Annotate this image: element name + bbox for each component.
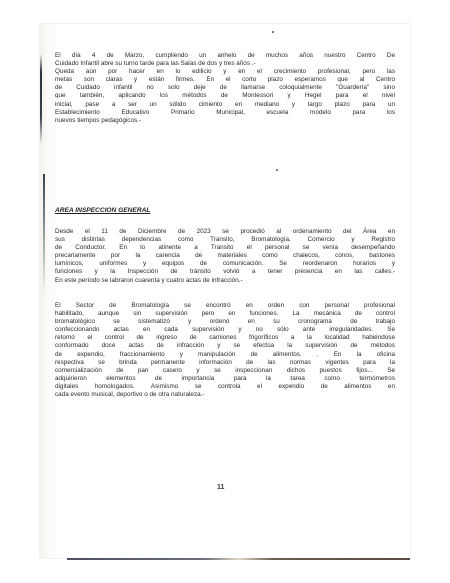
- text-line: confeccionando actas en cada supervisión…: [55, 326, 395, 334]
- text-line: de expendio, fraccionamiento y manipulac…: [55, 351, 395, 359]
- text-line: de Cuidado infantil no solo deje de llam…: [55, 84, 395, 92]
- page-bottom-edge: [67, 558, 410, 560]
- text-line: conformado doce actas de infracción y se…: [55, 342, 395, 350]
- page-number: 11: [217, 484, 224, 492]
- text-line: Cuidado Infantil abre su turno tarde par…: [55, 60, 395, 68]
- text-line: Desde el 11 de Diciembre de 2023 se proc…: [55, 228, 395, 236]
- text-line: habilitado, aunque sin supervisión pero …: [55, 310, 395, 318]
- paragraph-bromatologia: El Sector de Bromatología se encontró en…: [55, 302, 395, 399]
- page-edge-shadow: [40, 54, 42, 144]
- text-line: comercialización de pan casero y se insp…: [55, 367, 395, 375]
- text-line: Queda aún por hacer en lo edilicio y en …: [55, 68, 395, 76]
- text-line: Establecimiento Educativo Primario Munic…: [55, 109, 395, 117]
- text-line: En este período se labraron cuarenta y c…: [55, 277, 395, 285]
- text-line: bromatológico se sistematizó y ordenó en…: [55, 318, 395, 326]
- paragraph-inspeccion-transito: Desde el 11 de Diciembre de 2023 se proc…: [55, 228, 395, 285]
- text-line: metas son claras y están firmes. En el c…: [55, 76, 395, 84]
- text-line: inicial, pase a ser un sólido cimiento e…: [55, 101, 395, 109]
- scan-speck: [272, 31, 274, 33]
- section-heading: AREA INSPECCION GENERAL: [55, 207, 150, 215]
- text-line: lumínicos, uniformes y equipos de comuni…: [55, 260, 395, 268]
- text-line: El día 4 de Marzo, cumpliendo un anhelo …: [55, 52, 395, 60]
- page-edge-shadow: [43, 174, 45, 294]
- text-line: El Sector de Bromatología se encontró en…: [55, 302, 395, 310]
- text-line: retomó el control de ingreso de camiones…: [55, 334, 395, 342]
- text-line: funciones y la Inspección de tránsito vo…: [55, 268, 395, 276]
- text-line: precariamente por la carencia de materia…: [55, 252, 395, 260]
- text-line: adquirieron elementos de importancia par…: [55, 375, 395, 383]
- text-line: sus distintas dependencias como Transito…: [55, 236, 395, 244]
- paragraph-centro-cuidado-infantil: El día 4 de Marzo, cumpliendo un anhelo …: [55, 52, 395, 125]
- scanned-page: El día 4 de Marzo, cumpliendo un anhelo …: [40, 24, 410, 558]
- scan-speck: [276, 169, 278, 171]
- text-line: que también, aplicando los métodos de Mo…: [55, 92, 395, 100]
- text-line: cada evento musical, deportivo o de otra…: [55, 391, 395, 399]
- text-line: digitales homologados. Asimismo se contr…: [55, 383, 395, 391]
- text-line: de Conductor. En lo atinente a Transito …: [55, 244, 395, 252]
- text-line: respectiva se brinda permanente informac…: [55, 359, 395, 367]
- text-line: nuevos tiempos pedagógicos.-: [55, 117, 395, 125]
